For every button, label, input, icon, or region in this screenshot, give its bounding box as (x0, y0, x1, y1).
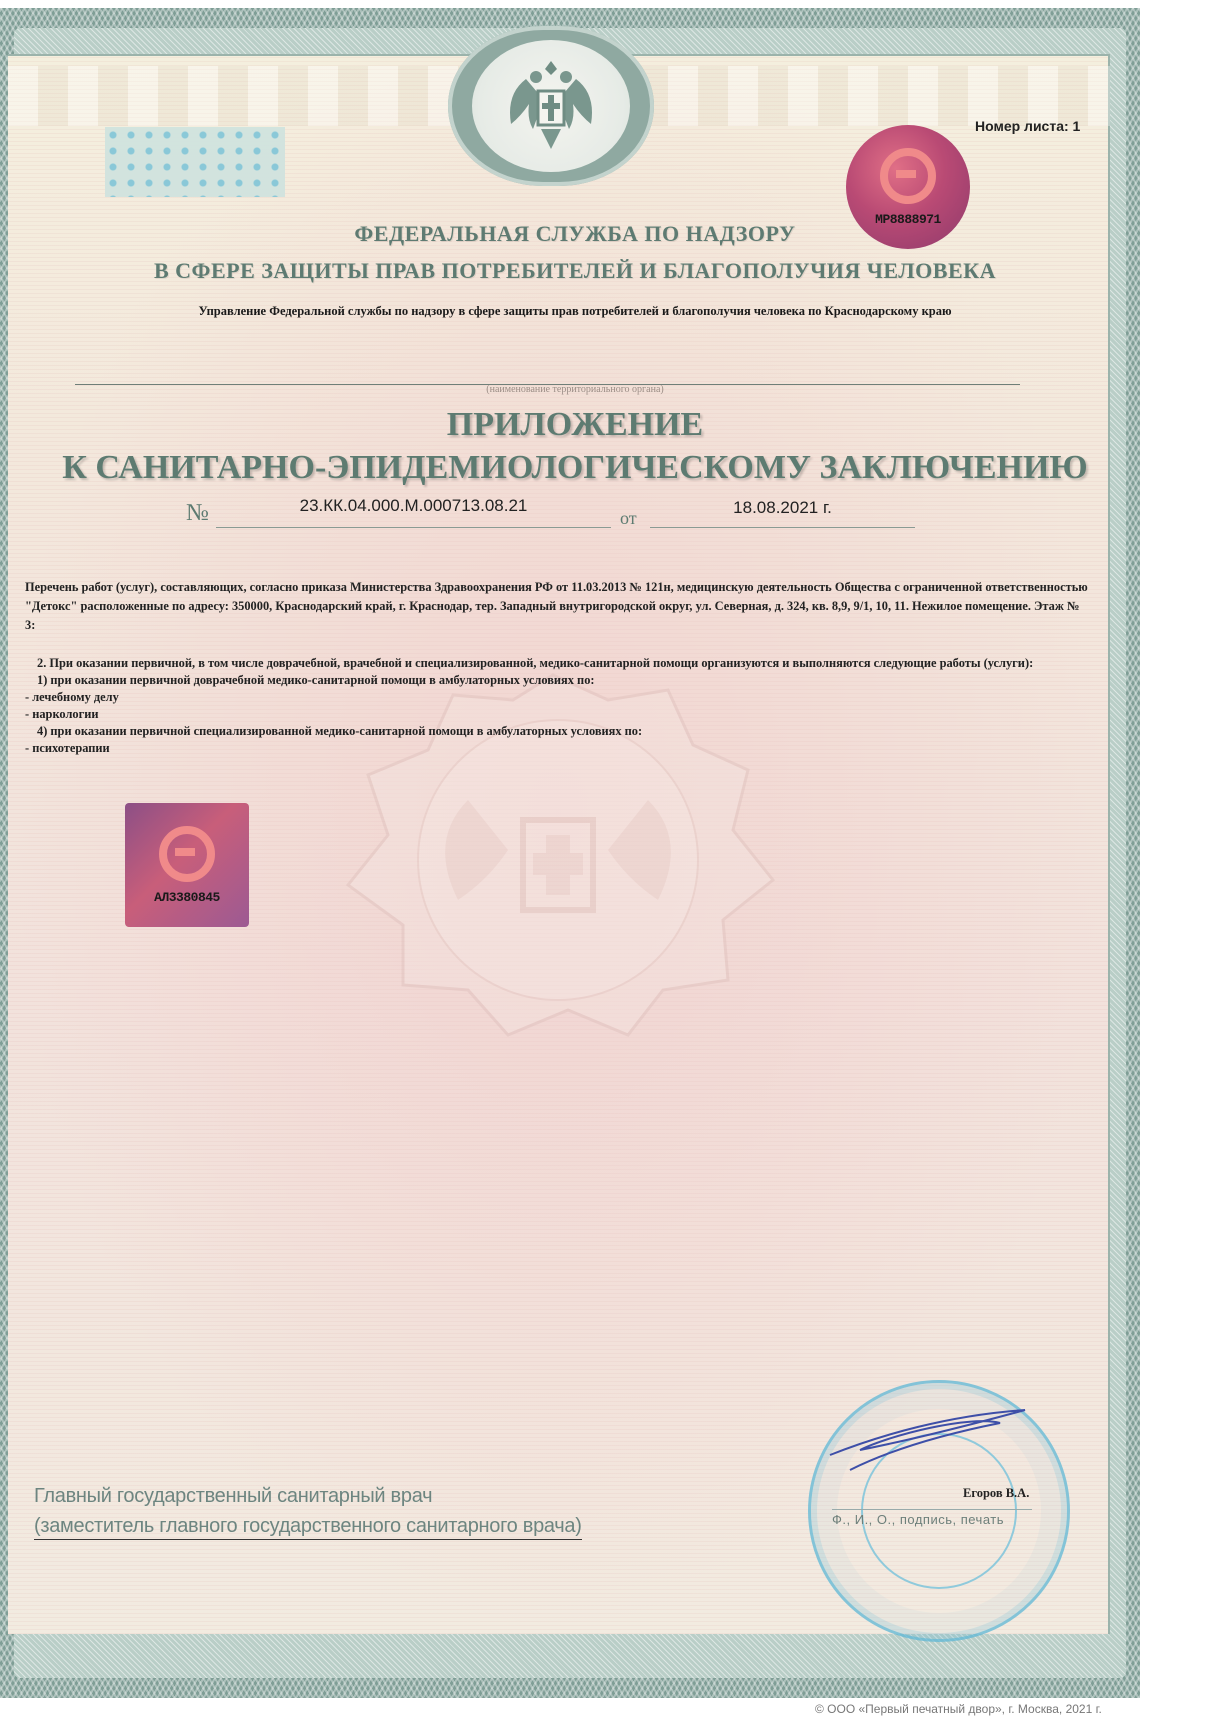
agency-name-line-2: В СФЕРЕ ЗАЩИТЫ ПРАВ ПОТРЕБИТЕЛЕЙ И БЛАГО… (40, 258, 1110, 284)
agency-name-line-1: ФЕДЕРАЛЬНАЯ СЛУЖБА ПО НАДЗОРУ (40, 221, 1110, 247)
double-headed-eagle-icon (496, 51, 606, 161)
number-label: № (186, 500, 209, 527)
document-subtitle: К САНИТАРНО-ЭПИДЕМИОЛОГИЧЕСКОМУ ЗАКЛЮЧЕН… (40, 449, 1110, 487)
section-heading: 2. При оказании первичной, в том числе д… (25, 655, 1100, 672)
list-item: - наркологии (25, 706, 1100, 723)
sheet-number: Номер листа: 1 (975, 118, 1080, 134)
from-label: от (620, 508, 637, 529)
document-date: 18.08.2021 г. (650, 498, 915, 518)
number-underline (216, 527, 611, 528)
signature-line (832, 1509, 1032, 1510)
territorial-caption: (наименование территориального органа) (40, 384, 1110, 395)
territorial-body: Управление Федеральной службы по надзору… (40, 304, 1110, 319)
hologram-square: АЛ3380845 (125, 803, 249, 927)
hologram-square-serial: АЛ3380845 (154, 890, 220, 905)
signature-caption: Ф., И., О., подпись, печать (832, 1512, 1004, 1527)
list-item: - психотерапии (25, 740, 1100, 757)
services-section: 2. При оказании первичной, в том числе д… (25, 655, 1100, 757)
handwritten-signature-icon (820, 1395, 1050, 1475)
list-item: - лечебному делу (25, 689, 1100, 706)
signer-position-line-2: (заместитель главного государственного с… (34, 1515, 582, 1540)
date-underline (650, 527, 915, 528)
signer-position-line-1: Главный государственный санитарный врач (34, 1485, 432, 1508)
rospotrebnadzor-logo-icon (880, 148, 936, 204)
emblem-frame (448, 26, 654, 186)
signer-name: Егоров В.А. (963, 1486, 1029, 1501)
list-item: 4) при оказании первичной специализирова… (25, 723, 1100, 740)
document-number: 23.КК.04.000.М.000713.08.21 (216, 496, 611, 516)
rospotrebnadzor-logo-icon (159, 826, 215, 882)
document-title: ПРИЛОЖЕНИЕ (40, 406, 1110, 444)
list-item: 1) при оказании первичной доврачебной ме… (25, 672, 1100, 689)
printer-copyright: © ООО «Первый печатный двор», г. Москва,… (815, 1702, 1102, 1716)
hologram-strip (105, 127, 285, 197)
intro-paragraph: Перечень работ (услуг), составляющих, со… (25, 578, 1090, 635)
